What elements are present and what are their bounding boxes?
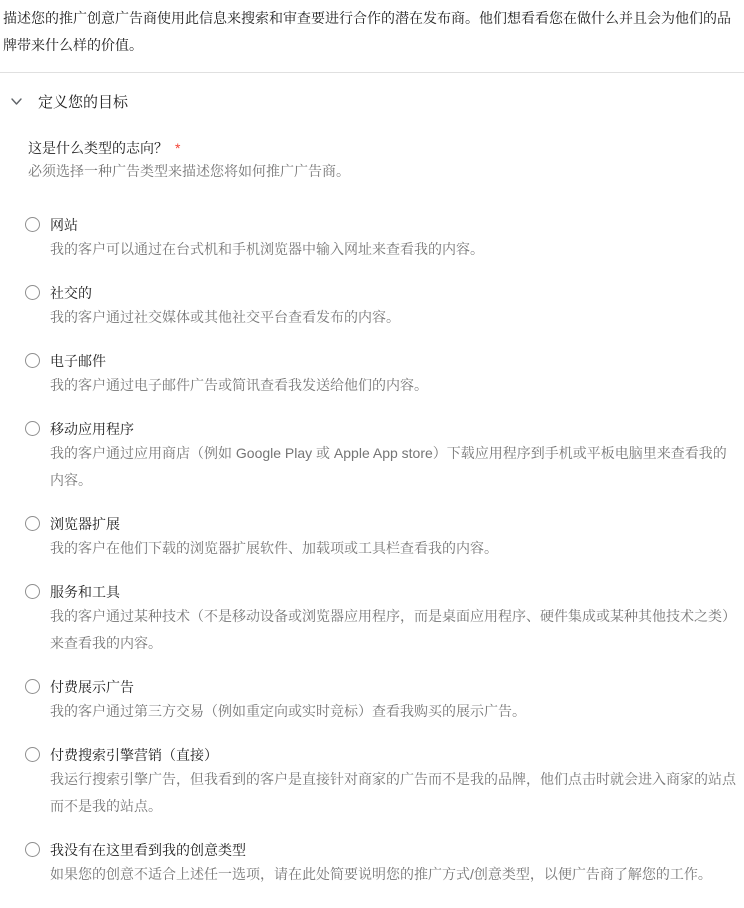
option-description: 如果您的创意不适合上述任一选项，请在此处简要说明您的推广方式/创意类型，以便广告… xyxy=(50,861,712,888)
intro-paragraph: 描述您的推广创意广告商使用此信息来搜索和审查要进行合作的潜在发布商。他们想看看您… xyxy=(0,0,744,59)
option-label[interactable]: 付费搜索引擎营销（直接） xyxy=(50,745,740,765)
option-browser-extension: 浏览器扩展 我的客户在他们下载的浏览器扩展软件、加载项或工具栏查看我的内容。 xyxy=(25,514,744,562)
radio-button-social[interactable] xyxy=(25,285,40,300)
option-label[interactable]: 电子邮件 xyxy=(50,351,428,371)
required-asterisk: * xyxy=(175,140,180,156)
question-label: 这是什么类型的志向？ xyxy=(28,140,168,156)
option-description: 我的客户通过某种技术（不是移动设备或浏览器应用程序，而是桌面应用程序、硬件集成或… xyxy=(50,603,740,657)
option-description: 我的客户通过应用商店（例如 Google Play 或 Apple App st… xyxy=(50,440,740,494)
option-description: 我的客户通过电子邮件广告或简讯查看我发送给他们的内容。 xyxy=(50,372,428,399)
option-label[interactable]: 移动应用程序 xyxy=(50,419,740,439)
radio-button-other-creative-type[interactable] xyxy=(25,842,40,857)
radio-button-email[interactable] xyxy=(25,353,40,368)
option-label[interactable]: 社交的 xyxy=(50,283,400,303)
option-label[interactable]: 浏览器扩展 xyxy=(50,514,498,534)
option-label[interactable]: 我没有在这里看到我的创意类型 xyxy=(50,840,712,860)
option-email: 电子邮件 我的客户通过电子邮件广告或简讯查看我发送给他们的内容。 xyxy=(25,351,744,399)
option-label[interactable]: 服务和工具 xyxy=(50,582,740,602)
radio-button-website[interactable] xyxy=(25,217,40,232)
option-description: 我运行搜索引擎广告，但我看到的客户是直接针对商家的广告而不是我的品牌，他们点击时… xyxy=(50,766,740,820)
option-mobile-app: 移动应用程序 我的客户通过应用商店（例如 Google Play 或 Apple… xyxy=(25,419,744,494)
chevron-down-icon xyxy=(10,95,23,108)
aspiration-options-list: 网站 我的客户可以通过在台式机和手机浏览器中输入网址来查看我的内容。 社交的 我… xyxy=(25,215,744,888)
option-services-tools: 服务和工具 我的客户通过某种技术（不是移动设备或浏览器应用程序，而是桌面应用程序… xyxy=(25,582,744,657)
radio-button-paid-display[interactable] xyxy=(25,679,40,694)
section-title: 定义您的目标 xyxy=(38,91,128,112)
section-header-define-goals[interactable]: 定义您的目标 xyxy=(0,73,744,112)
option-description: 我的客户通过第三方交易（例如重定向或实时竞标）查看我购买的展示广告。 xyxy=(50,698,526,725)
radio-button-paid-sem[interactable] xyxy=(25,747,40,762)
option-social: 社交的 我的客户通过社交媒体或其他社交平台查看发布的内容。 xyxy=(25,283,744,331)
option-paid-sem: 付费搜索引擎营销（直接） 我运行搜索引擎广告，但我看到的客户是直接针对商家的广告… xyxy=(25,745,744,820)
option-website: 网站 我的客户可以通过在台式机和手机浏览器中输入网址来查看我的内容。 xyxy=(25,215,744,263)
option-description: 我的客户在他们下载的浏览器扩展软件、加载项或工具栏查看我的内容。 xyxy=(50,535,498,562)
option-paid-display: 付费展示广告 我的客户通过第三方交易（例如重定向或实时竞标）查看我购买的展示广告… xyxy=(25,677,744,725)
radio-button-services-tools[interactable] xyxy=(25,584,40,599)
option-description: 我的客户可以通过在台式机和手机浏览器中输入网址来查看我的内容。 xyxy=(50,236,484,263)
question-helper-text: 必须选择一种广告类型来描述您将如何推广广告商。 xyxy=(28,159,744,184)
option-label[interactable]: 付费展示广告 xyxy=(50,677,526,697)
option-other-creative-type: 我没有在这里看到我的创意类型 如果您的创意不适合上述任一选项，请在此处简要说明您… xyxy=(25,840,744,888)
option-description: 我的客户通过社交媒体或其他社交平台查看发布的内容。 xyxy=(50,304,400,331)
option-label[interactable]: 网站 xyxy=(50,215,484,235)
radio-button-browser-extension[interactable] xyxy=(25,516,40,531)
aspiration-question: 这是什么类型的志向？* 必须选择一种广告类型来描述您将如何推广广告商。 xyxy=(28,137,744,184)
radio-button-mobile-app[interactable] xyxy=(25,421,40,436)
